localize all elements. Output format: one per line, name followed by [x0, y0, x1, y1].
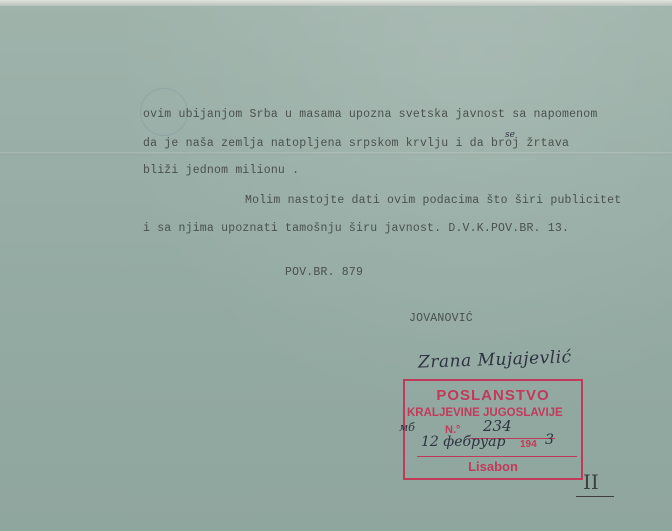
typed-line-5: i sa njima upoznati tamošnju širu javnos… — [143, 222, 569, 235]
typed-line-1: ovim ubijanjom Srba u masama upozna svet… — [143, 108, 597, 121]
stamp-year-handwritten: 3 — [545, 432, 554, 448]
stamp-number-value: 234 — [483, 417, 512, 435]
paper-top-edge — [0, 0, 672, 6]
stamp-date-line — [417, 456, 577, 457]
stamp-date-handwritten: 12 фебруар — [421, 434, 505, 450]
stamp-title: POSLANSTVO — [405, 387, 581, 404]
stamp-handwritten-prefix: мб — [399, 421, 415, 434]
reference-number: POV.BR. 879 — [285, 266, 363, 279]
typed-line-3: bliži jednom milionu . — [143, 164, 299, 177]
stamp-year-printed: 194 — [520, 439, 537, 450]
signatory-name: JOVANOVIĆ — [409, 312, 473, 325]
stamp-city: Lisabon — [405, 459, 581, 474]
paper-fold — [0, 152, 672, 155]
embassy-stamp: POSLANSTVO KRALJEVINE JUGOSLAVIJE мб N.°… — [403, 379, 583, 480]
typed-line-4: Molim nastojte dati ovim podacima što ši… — [245, 194, 621, 207]
page-number-mark: II — [583, 470, 599, 494]
handwritten-insertion: se — [505, 130, 515, 140]
document-page: ovim ubijanjom Srba u masama upozna svet… — [0, 0, 672, 531]
page-number-underline — [576, 496, 614, 497]
handwritten-signature: Zrana Mujajevlić — [418, 347, 572, 372]
